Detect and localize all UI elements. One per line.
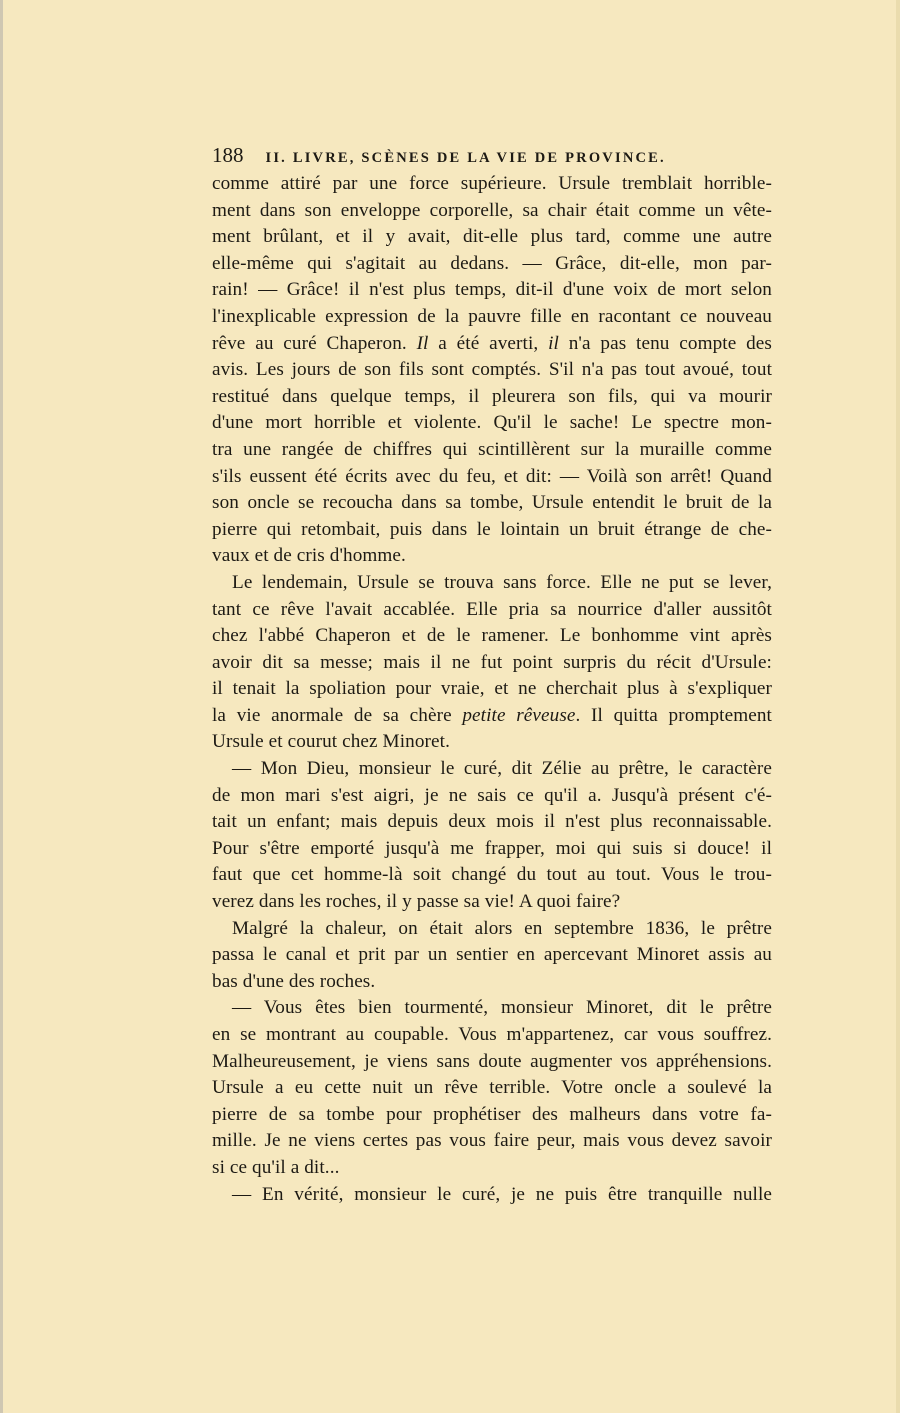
text-line: chez l'abbé Chaperon et de le ramener. L… xyxy=(212,623,772,650)
text-line: Ursule et courut chez Minoret. xyxy=(212,729,772,756)
text-line: ment brûlant, et il y avait, dit-elle pl… xyxy=(212,224,772,251)
text-line: de mon mari s'est aigri, je ne sais ce q… xyxy=(212,783,772,810)
text-line: son oncle se recoucha dans sa tombe, Urs… xyxy=(212,490,772,517)
text-line: en se montrant au coupable. Vous m'appar… xyxy=(212,1022,772,1049)
page-edge-right xyxy=(896,0,900,1413)
text-line: l'inexplicable expression de la pauvre f… xyxy=(212,304,772,331)
text-line: d'une mort horrible et violente. Qu'il l… xyxy=(212,410,772,437)
text-line: passa le canal et prit par un sentier en… xyxy=(212,942,772,969)
body-text: comme attiré par une force supérieure. U… xyxy=(212,171,772,1208)
text-line: — Vous êtes bien tourmenté, monsieur Min… xyxy=(212,995,772,1022)
text-line: elle-même qui s'agitait au dedans. — Grâ… xyxy=(212,251,772,278)
text-run: rêve au curé Chaperon. xyxy=(212,333,417,354)
text-line: restitué dans quelque temps, il pleurera… xyxy=(212,384,772,411)
text-line: avis. Les jours de son fils sont comptés… xyxy=(212,357,772,384)
text-line: vaux et de cris d'homme. xyxy=(212,543,772,570)
text-line: Le lendemain, Ursule se trouva sans forc… xyxy=(212,570,772,597)
text-run: . Il quitta promptement xyxy=(576,705,772,726)
running-head-title: II. LIVRE, SCÈNES DE LA VIE DE PROVINCE. xyxy=(266,150,666,167)
text-line: il tenait la spoliation pour vraie, et n… xyxy=(212,676,772,703)
text-line: tait un enfant; mais depuis deux mois il… xyxy=(212,809,772,836)
text-line: tra une rangée de chiffres qui scintillè… xyxy=(212,437,772,464)
text-line: Malheureusement, je viens sans doute aug… xyxy=(212,1049,772,1076)
text-line: ment dans son enveloppe corporelle, sa c… xyxy=(212,198,772,225)
text-run: la vie anormale de sa chère xyxy=(212,705,462,726)
italic-text: il xyxy=(548,333,559,354)
text-line: comme attiré par une force supérieure. U… xyxy=(212,171,772,198)
text-line: rêve au curé Chaperon. Il a été averti, … xyxy=(212,331,772,358)
italic-text: Il xyxy=(417,333,429,354)
text-line: pierre de sa tombe pour prophétiser des … xyxy=(212,1102,772,1129)
text-line: s'ils eussent été écrits avec du feu, et… xyxy=(212,464,772,491)
text-line: — En vérité, monsieur le curé, je ne pui… xyxy=(212,1182,772,1209)
text-line: — Mon Dieu, monsieur le curé, dit Zélie … xyxy=(212,756,772,783)
running-head: 188 II. LIVRE, SCÈNES DE LA VIE DE PROVI… xyxy=(212,143,772,171)
text-line: tant ce rêve l'avait accablée. Elle pria… xyxy=(212,597,772,624)
text-run: a été averti, xyxy=(428,333,548,354)
text-line: rain! — Grâce! il n'est plus temps, dit-… xyxy=(212,277,772,304)
text-line: si ce qu'il a dit... xyxy=(212,1155,772,1182)
italic-text: petite rêveuse xyxy=(462,705,575,726)
text-line: bas d'une des roches. xyxy=(212,969,772,996)
text-line: mille. Je ne viens certes pas vous faire… xyxy=(212,1128,772,1155)
text-line: avoir dit sa messe; mais il ne fut point… xyxy=(212,650,772,677)
text-line: Malgré la chaleur, on était alors en sep… xyxy=(212,916,772,943)
page-edge-left xyxy=(0,0,3,1413)
text-line: pierre qui retombait, puis dans le loint… xyxy=(212,517,772,544)
page-number: 188 xyxy=(212,143,244,168)
text-run: n'a pas tenu compte des xyxy=(559,333,772,354)
text-line: verez dans les roches, il y passe sa vie… xyxy=(212,889,772,916)
text-line: Pour s'être emporté jusqu'à me frapper, … xyxy=(212,836,772,863)
text-line: Ursule a eu cette nuit un rêve terrible.… xyxy=(212,1075,772,1102)
text-line: faut que cet homme-là soit changé du tou… xyxy=(212,862,772,889)
text-line: la vie anormale de sa chère petite rêveu… xyxy=(212,703,772,730)
